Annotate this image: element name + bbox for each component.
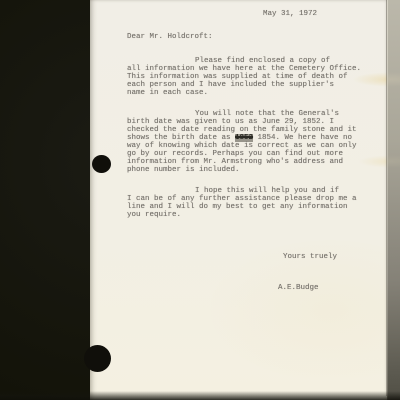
page-right-edge-strip <box>387 0 400 400</box>
letter-paragraph-3: I hope this will help you and if I can b… <box>127 187 363 219</box>
overstruck-text: 1852 <box>235 134 253 142</box>
letter-body: May 31, 1972 Dear Mr. Holdcroft: Please … <box>127 2 363 300</box>
punch-hole-icon <box>84 345 111 372</box>
letter-salutation: Dear Mr. Holdcroft: <box>127 33 363 41</box>
letter-date: May 31, 1972 <box>263 10 363 18</box>
letter-paragraph-1: Please find enclosed a copy of all infor… <box>127 57 363 97</box>
punch-hole-icon <box>92 155 111 173</box>
letter-closing: Yours truely <box>283 253 363 261</box>
letter-paragraph-2: You will note that the General's birth d… <box>127 110 363 174</box>
bottom-scan-shadow <box>0 391 400 400</box>
letter-signature: A.E.Budge <box>278 284 363 292</box>
